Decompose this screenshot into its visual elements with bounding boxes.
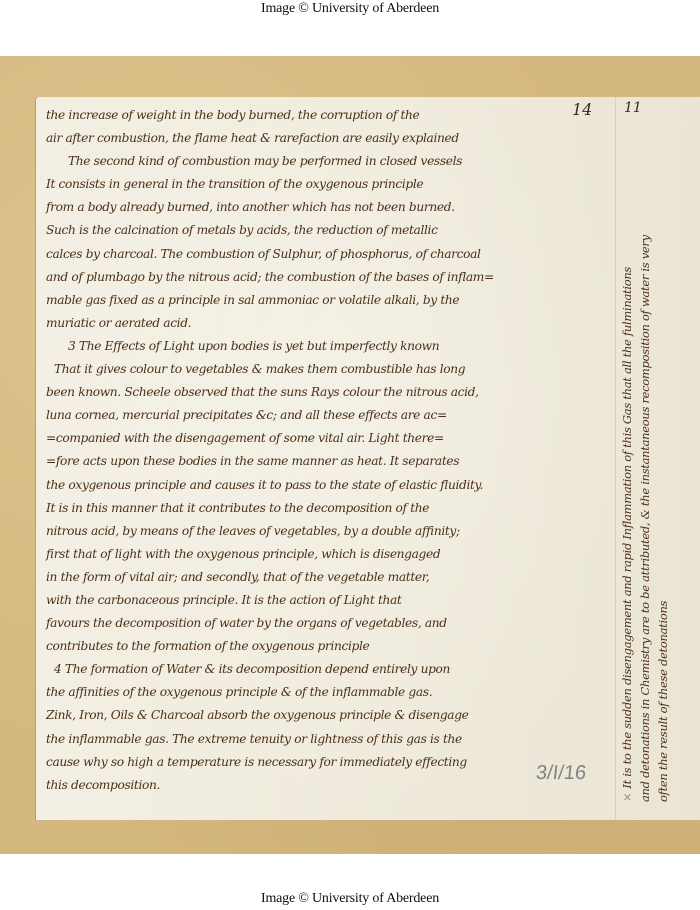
manuscript-line: cause why so high a temperature is neces… xyxy=(46,751,586,774)
manuscript-line: mable gas fixed as a principle in sal am… xyxy=(46,289,586,312)
manuscript-line: air after combustion, the flame heat & r… xyxy=(46,127,586,150)
manuscript-line: this decomposition. xyxy=(46,774,586,797)
manuscript-line: the affinities of the oxygenous principl… xyxy=(46,681,586,704)
manuscript-line: The second kind of combustion may be per… xyxy=(46,150,586,173)
cross-reference-mark: × xyxy=(620,793,634,802)
manuscript-line: first that of light with the oxygenous p… xyxy=(46,543,586,566)
copyright-caption-top: Image © University of Aberdeen xyxy=(0,1,700,17)
margin-note-line: and detonations in Chemistry are to be a… xyxy=(636,112,654,802)
manuscript-line: contributes to the formation of the oxyg… xyxy=(46,635,586,658)
manuscript-line: the oxygenous principle and causes it to… xyxy=(46,474,586,497)
paper-fold-line xyxy=(615,97,616,820)
margin-note-line: ×It is to the sudden disengagement and r… xyxy=(618,112,636,802)
section-heading-light: 3 The Effects of Light upon bodies is ye… xyxy=(46,335,586,358)
manuscript-body: the increase of weight in the body burne… xyxy=(46,104,586,797)
manuscript-line: in the form of vital air; and secondly, … xyxy=(46,566,586,589)
archive-shelfmark: 3/I/16 xyxy=(535,762,587,785)
manuscript-line: from a body already burned, into another… xyxy=(46,196,586,219)
manuscript-line: been known. Scheele observed that the su… xyxy=(46,381,586,404)
manuscript-line: It consists in general in the transition… xyxy=(46,173,586,196)
vertical-margin-note: ×It is to the sudden disengagement and r… xyxy=(618,112,672,802)
manuscript-line: muriatic or aerated acid. xyxy=(46,312,586,335)
copyright-caption-bottom: Image © University of Aberdeen xyxy=(0,891,700,907)
manuscript-line: That it gives colour to vegetables & mak… xyxy=(46,358,586,381)
manuscript-line: the increase of weight in the body burne… xyxy=(46,104,586,127)
manuscript-line: It is in this manner that it contributes… xyxy=(46,497,586,520)
manuscript-line: luna cornea, mercurial precipitates &c; … xyxy=(46,404,586,427)
manuscript-line: =fore acts upon these bodies in the same… xyxy=(46,450,586,473)
manuscript-line: =companied with the disengagement of som… xyxy=(46,427,586,450)
manuscript-line: favours the decomposition of water by th… xyxy=(46,612,586,635)
manuscript-line: with the carbonaceous principle. It is t… xyxy=(46,589,586,612)
manuscript-line: calces by charcoal. The combustion of Su… xyxy=(46,243,586,266)
manuscript-line: and of plumbago by the nitrous acid; the… xyxy=(46,266,586,289)
manuscript-page: 14 11 the increase of weight in the body… xyxy=(36,97,700,820)
manuscript-line: nitrous acid, by means of the leaves of … xyxy=(46,520,586,543)
manuscript-line: the inflammable gas. The extreme tenuity… xyxy=(46,728,586,751)
section-heading-water: 4 The formation of Water & its decomposi… xyxy=(46,658,586,681)
manuscript-line: Zink, Iron, Oils & Charcoal absorb the o… xyxy=(46,704,586,727)
margin-note-line: often the result of these detonations xyxy=(654,112,672,802)
manuscript-line: Such is the calcination of metals by aci… xyxy=(46,219,586,242)
